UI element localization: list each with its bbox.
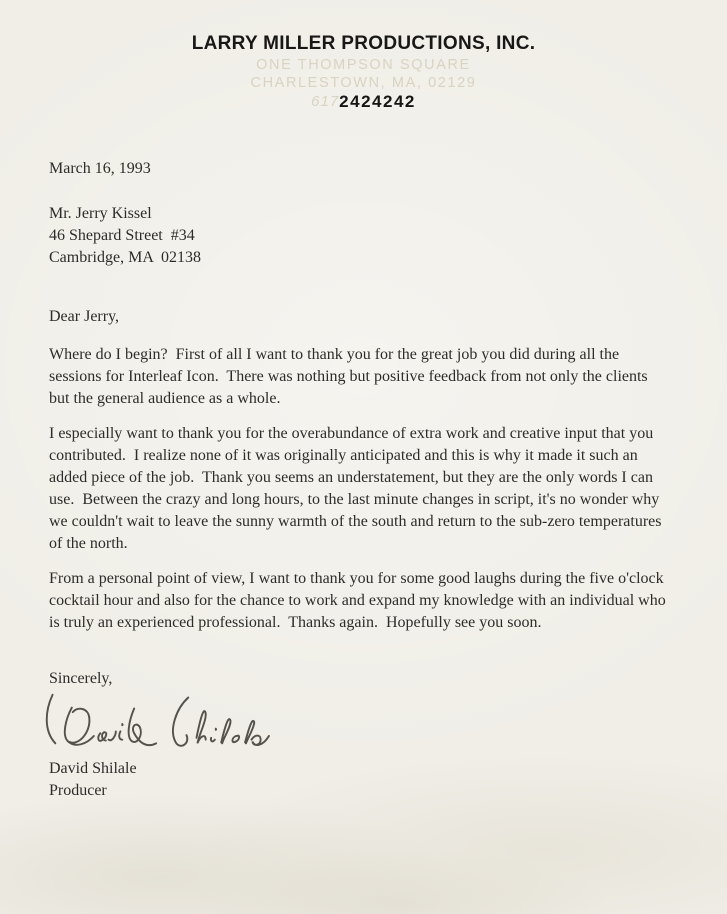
salutation: Dear Jerry, [49, 306, 669, 328]
recipient-street: 46 Shepard Street #34 [49, 225, 669, 247]
body-paragraph-1: Where do I begin? First of all I want to… [49, 344, 669, 410]
scanned-letter-page: LARRY MILLER PRODUCTIONS, INC. ONE THOMP… [0, 0, 727, 914]
letterhead: LARRY MILLER PRODUCTIONS, INC. ONE THOMP… [0, 0, 727, 111]
phone-area-code: 617 [311, 93, 339, 110]
date-line: March 16, 1993 [49, 158, 669, 180]
phone-number: 2424242 [339, 92, 416, 111]
body-paragraph-2: I especially want to thank you for the o… [49, 423, 669, 555]
company-name: LARRY MILLER PRODUCTIONS, INC. [0, 33, 727, 55]
signature-svg [43, 692, 273, 758]
signature-handwriting [43, 692, 669, 758]
recipient-name: Mr. Jerry Kissel [49, 203, 669, 225]
body-paragraph-3: From a personal point of view, I want to… [49, 568, 669, 634]
closing: Sincerely, [49, 668, 669, 690]
letterhead-address-line2: CHARLESTOWN, MA, 02129 [0, 75, 727, 91]
recipient-city: Cambridge, MA 02138 [49, 247, 669, 269]
recipient-block: Mr. Jerry Kissel 46 Shepard Street #34 C… [49, 203, 669, 269]
signer-title: Producer [49, 780, 669, 802]
letter-body: March 16, 1993 Mr. Jerry Kissel 46 Shepa… [0, 158, 727, 802]
letterhead-phone: 6172424242 [0, 92, 727, 111]
letterhead-address-line1: ONE THOMPSON SQUARE [0, 57, 727, 73]
signer-name: David Shilale [49, 758, 669, 780]
